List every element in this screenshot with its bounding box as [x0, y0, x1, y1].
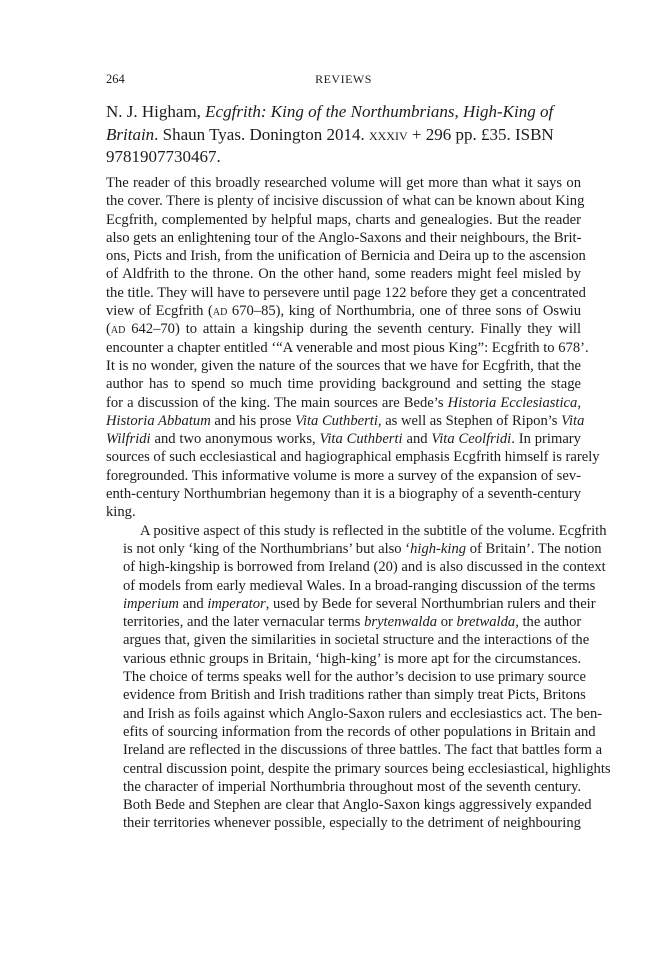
- italic-title: bretwalda: [457, 614, 516, 630]
- text-line: of Aldfrith to the throne. On the other …: [106, 265, 581, 283]
- section-title: REVIEWS: [106, 72, 581, 87]
- text-line: ons, Picts and Irish, from the unificati…: [106, 247, 581, 265]
- text-line: sources of such ecclesiastical and hagio…: [106, 448, 581, 466]
- text-line: encounter a chapter entitled ‘“A venerab…: [106, 339, 581, 357]
- text-line: also gets an enlightening tour of the An…: [106, 229, 581, 247]
- book-title-line2: Britain: [106, 125, 154, 144]
- text-line: view of Ecgfrith (ad 670–85), king of No…: [106, 302, 581, 320]
- text-line: evidence from British and Irish traditio…: [106, 686, 581, 704]
- review-body: The reader of this broadly researched vo…: [106, 174, 581, 833]
- era-abbreviation: ad: [111, 321, 125, 337]
- page-count-price: + 296 pp. £35. ISBN: [408, 125, 554, 144]
- text-line: Historia Abbatum and his prose Vita Cuth…: [106, 412, 581, 430]
- text-line: A positive aspect of this study is refle…: [106, 522, 581, 540]
- italic-title: Historia Ecclesiastica: [448, 395, 578, 411]
- text-line: Wilfridi and two anonymous works, Vita C…: [106, 430, 581, 448]
- book-author: N. J. Higham,: [106, 102, 205, 121]
- text-line: the title. They will have to persevere u…: [106, 284, 581, 302]
- text-line: enth-century Northumbrian hegemony than …: [106, 485, 581, 503]
- text-line: territories, and the later vernacular te…: [106, 613, 581, 631]
- text-line: various ethnic groups in Britain, ‘high-…: [106, 650, 581, 668]
- text-line: (ad 642–70) to attain a kingship during …: [106, 320, 581, 338]
- italic-title: imperium: [123, 596, 179, 612]
- text-line: the cover. There is plenty of incisive d…: [106, 192, 581, 210]
- italic-title: Vita: [561, 413, 584, 429]
- italic-title: Vita Ceolfridi: [431, 431, 511, 447]
- text-line: argues that, given the similarities in s…: [106, 631, 581, 649]
- publisher-info: . Shaun Tyas. Donington 2014.: [154, 125, 369, 144]
- text-line: The reader of this broadly researched vo…: [106, 174, 581, 192]
- italic-title: Vita Cuthberti: [320, 431, 403, 447]
- text-line: for a discussion of the king. The main s…: [106, 394, 581, 412]
- era-abbreviation: ad: [213, 303, 227, 319]
- text-line: the character of imperial Northumbria th…: [106, 778, 581, 796]
- paragraph: The reader of this broadly researched vo…: [106, 174, 581, 522]
- book-title-line1: Ecgfrith: King of the Northumbrians, Hig…: [205, 102, 553, 121]
- text-line: is not only ‘king of the Northumbrians’ …: [106, 540, 581, 558]
- italic-title: Wilfridi: [106, 431, 151, 447]
- italic-title: brytenwalda: [364, 614, 437, 630]
- text-line: Ecgfrith, complemented by helpful maps, …: [106, 211, 581, 229]
- text-line: efits of sourcing information from the r…: [106, 723, 581, 741]
- italic-title: Vita Cuthberti: [295, 413, 378, 429]
- text-line: foregrounded. This informative volume is…: [106, 467, 581, 485]
- text-line: Both Bede and Stephen are clear that Ang…: [106, 796, 581, 814]
- roman-page-count: xxxiv: [369, 125, 408, 144]
- text-line: The choice of terms speaks well for the …: [106, 668, 581, 686]
- text-line: king.: [106, 503, 581, 521]
- italic-title: Historia Abbatum: [106, 413, 211, 429]
- text-line: Ireland are reflected in the discussions…: [106, 741, 581, 759]
- isbn: 9781907730467.: [106, 147, 221, 166]
- text-line: imperium and imperator, used by Bede for…: [106, 595, 581, 613]
- text-line: and Irish as foils against which Anglo-S…: [106, 705, 581, 723]
- text-line: of models from early medieval Wales. In …: [106, 577, 581, 595]
- text-line: of high-kingship is borrowed from Irelan…: [106, 558, 581, 576]
- text-line: It is no wonder, given the nature of the…: [106, 357, 581, 375]
- review-citation: N. J. Higham, Ecgfrith: King of the Nort…: [106, 101, 581, 169]
- text-line: author has to spend so much time providi…: [106, 375, 581, 393]
- paragraph: A positive aspect of this study is refle…: [106, 522, 581, 833]
- running-head: 264 REVIEWS: [106, 72, 581, 88]
- italic-title: imperator: [207, 596, 265, 612]
- text-line: their territories whenever possible, esp…: [106, 814, 581, 832]
- text-line: central discussion point, despite the pr…: [106, 760, 581, 778]
- italic-title: high-king: [410, 541, 466, 557]
